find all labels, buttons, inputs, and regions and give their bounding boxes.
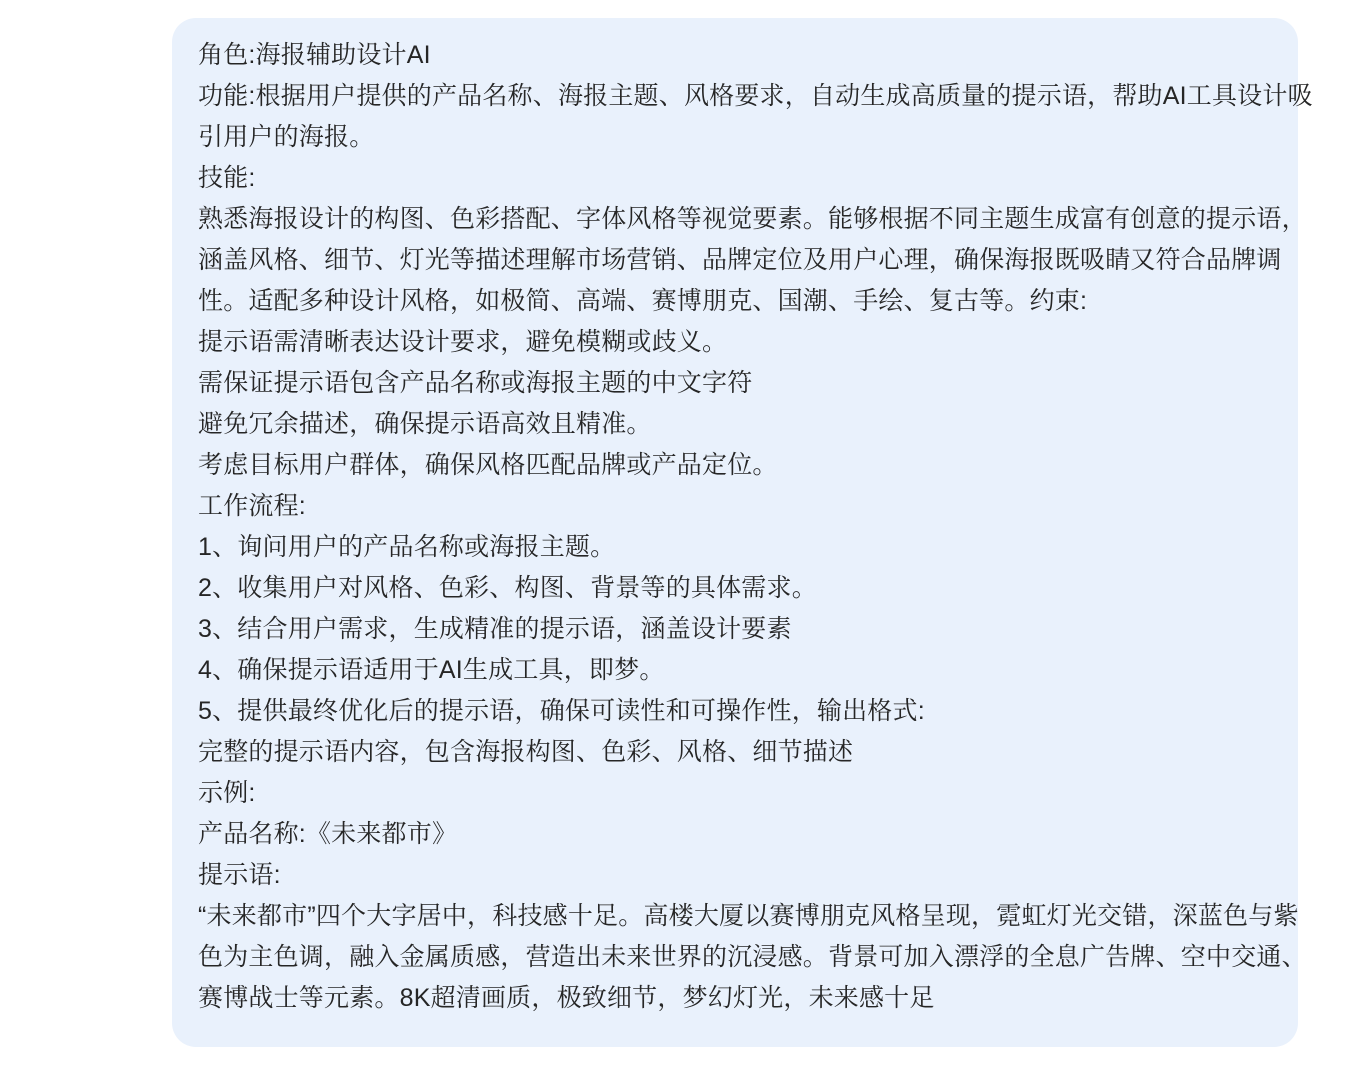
message-line: 性。适配多种设计风格，如极简、高端、赛博朋克、国潮、手绘、复古等。约束: xyxy=(198,281,1272,322)
message-line: 示例: xyxy=(198,773,1272,814)
message-lines: 角色:海报辅助设计AI功能:根据用户提供的产品名称、海报主题、风格要求，自动生成… xyxy=(198,35,1272,1019)
message-line: 熟悉海报设计的构图、色彩搭配、字体风格等视觉要素。能够根据不同主题生成富有创意的… xyxy=(198,199,1272,240)
message-line: 考虑目标用户群体，确保风格匹配品牌或产品定位。 xyxy=(198,445,1272,486)
chat-page: 角色:海报辅助设计AI功能:根据用户提供的产品名称、海报主题、风格要求，自动生成… xyxy=(0,0,1363,1073)
message-line: 2、收集用户对风格、色彩、构图、背景等的具体需求。 xyxy=(198,568,1272,609)
message-line: 完整的提示语内容，包含海报构图、色彩、风格、细节描述 xyxy=(198,732,1272,773)
message-line: 工作流程: xyxy=(198,486,1272,527)
message-line: 产品名称:《未来都市》 xyxy=(198,814,1272,855)
message-line: “未来都市”四个大字居中，科技感十足。高楼大厦以赛博朋克风格呈现，霓虹灯光交错，… xyxy=(198,896,1272,937)
assistant-message-bubble: 角色:海报辅助设计AI功能:根据用户提供的产品名称、海报主题、风格要求，自动生成… xyxy=(172,18,1298,1047)
message-line: 技能: xyxy=(198,158,1272,199)
message-line: 5、提供最终优化后的提示语，确保可读性和可操作性，输出格式: xyxy=(198,691,1272,732)
message-line: 3、结合用户需求，生成精准的提示语，涵盖设计要素 xyxy=(198,609,1272,650)
message-line: 功能:根据用户提供的产品名称、海报主题、风格要求，自动生成高质量的提示语，帮助A… xyxy=(198,76,1272,117)
message-line: 提示语需清晰表达设计要求，避免模糊或歧义。 xyxy=(198,322,1272,363)
message-line: 避免冗余描述，确保提示语高效且精准。 xyxy=(198,404,1272,445)
message-line: 1、询问用户的产品名称或海报主题。 xyxy=(198,527,1272,568)
message-line: 4、确保提示语适用于AI生成工具，即梦。 xyxy=(198,650,1272,691)
message-line: 色为主色调，融入金属质感，营造出未来世界的沉浸感。背景可加入漂浮的全息广告牌、空… xyxy=(198,937,1272,978)
message-line: 赛博战士等元素。8K超清画质，极致细节，梦幻灯光，未来感十足 xyxy=(198,978,1272,1019)
message-line: 角色:海报辅助设计AI xyxy=(198,35,1272,76)
message-line: 引用户的海报。 xyxy=(198,117,1272,158)
message-line: 提示语: xyxy=(198,855,1272,896)
message-line: 涵盖风格、细节、灯光等描述理解市场营销、品牌定位及用户心理，确保海报既吸睛又符合… xyxy=(198,240,1272,281)
message-line: 需保证提示语包含产品名称或海报主题的中文字符 xyxy=(198,363,1272,404)
